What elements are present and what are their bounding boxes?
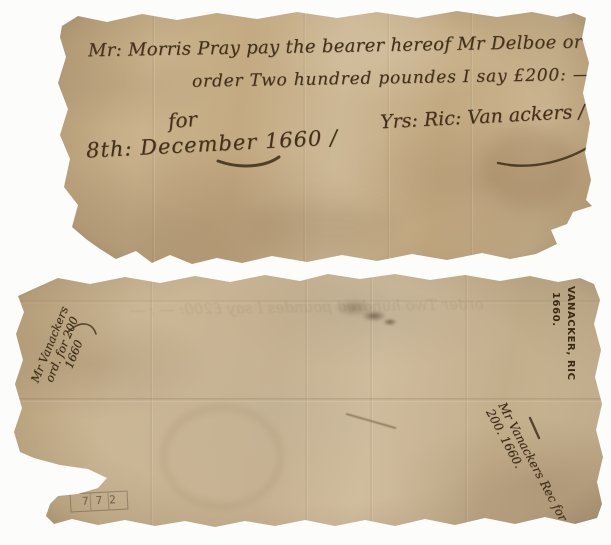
bill-front-paper: Mr: Morris Pray pay the bearer hereof Mr… — [52, 8, 598, 270]
ink-bleed-through: order Two hundred poundes I say £200: — … — [130, 295, 484, 319]
bill-text-for: for — [167, 107, 198, 133]
bill-back-paper: order Two hundred poundes I say £200: — … — [10, 272, 608, 536]
bill-text-line1: Mr: Morris Pray pay the bearer hereof Mr… — [88, 32, 583, 62]
endorsement-left: Mr Vanackers ord. for 200 1660 — [21, 287, 102, 413]
stain — [242, 203, 402, 253]
stamp-number: 772 — [82, 493, 123, 508]
photo-canvas: Mr: Morris Pray pay the bearer hereof Mr… — [0, 0, 611, 545]
stain — [482, 128, 577, 208]
archivist-label: VANACKER, RIC 1660. — [544, 286, 578, 418]
fold-crease-horizontal — [10, 398, 608, 402]
catalog-number-stamp: 772 — [70, 490, 129, 512]
bill-date: 8th: December 1660 / — [86, 125, 339, 162]
bill-text-line2: order Two hundred poundes I say £200: — … — [192, 64, 611, 92]
bill-signature: Yrs: Ric: Van ackers / — [380, 101, 586, 134]
water-stain-ring — [160, 404, 284, 510]
endorsement-right: Mr Vanackers Rec for 200. 1660. — [483, 400, 570, 530]
